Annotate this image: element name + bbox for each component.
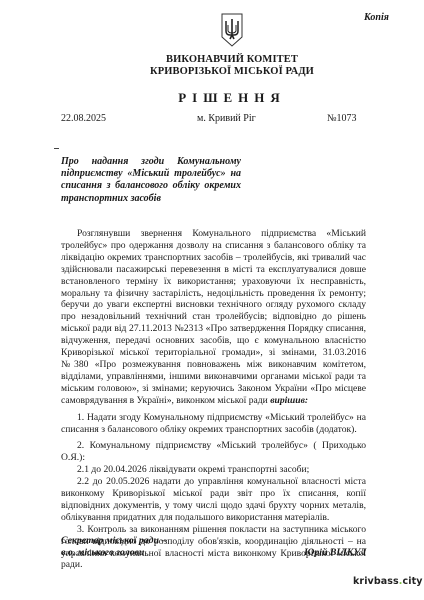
signatory-position-line-2: в.о. міського голови — [61, 547, 166, 559]
decision-subject: Про надання згоди Комунальному підприємс… — [61, 156, 241, 205]
document-page: Копія ВИКОНАВЧИЙ КОМІТЕТ КРИВОРІЗЬКОЇ МІ… — [0, 0, 424, 600]
resolved-keyword: вирішив: — [270, 395, 308, 406]
item-2-2: 2.2 до 20.05.2026 надати до управління к… — [61, 476, 366, 524]
item-1: 1. Надати згоду Комунальному підприємств… — [61, 412, 366, 436]
document-place: м. Кривий Ріг — [197, 113, 256, 124]
signatory-position: Секретар міської ради – в.о. міського го… — [61, 535, 166, 559]
org-line-1: ВИКОНАВЧИЙ КОМІТЕТ — [0, 54, 424, 66]
org-line-2: КРИВОРІЗЬКОЇ МІСЬКОЇ РАДИ — [0, 66, 424, 78]
issuing-authority: ВИКОНАВЧИЙ КОМІТЕТ КРИВОРІЗЬКОЇ МІСЬКОЇ … — [0, 54, 424, 78]
signatory-name: Юрій ВІЛКУЛ — [304, 547, 366, 558]
document-number: №1073 — [327, 113, 357, 124]
item-2-1: 2.1 до 20.04.2026 ліквідувати окремі тра… — [61, 464, 366, 476]
item-2: 2. Комунальному підприємству «Міський тр… — [61, 440, 366, 464]
trident-coat-of-arms-icon — [220, 13, 244, 47]
margin-dash — [54, 148, 59, 149]
signatory-position-line-1: Секретар міської ради – — [61, 535, 166, 547]
document-type-title: РІШЕННЯ — [0, 90, 424, 106]
document-date: 22.08.2025 — [61, 113, 106, 124]
watermark-part-1: krivbass — [353, 576, 399, 587]
decision-body: Розглянувши звернення Комунального підпр… — [61, 228, 366, 571]
preamble-text: Розглянувши звернення Комунального підпр… — [61, 228, 366, 406]
watermark-part-2: city — [403, 576, 423, 587]
preamble-paragraph: Розглянувши звернення Комунального підпр… — [61, 228, 366, 407]
site-watermark: krivbass.city — [353, 576, 423, 587]
copy-mark: Копія — [364, 12, 389, 23]
